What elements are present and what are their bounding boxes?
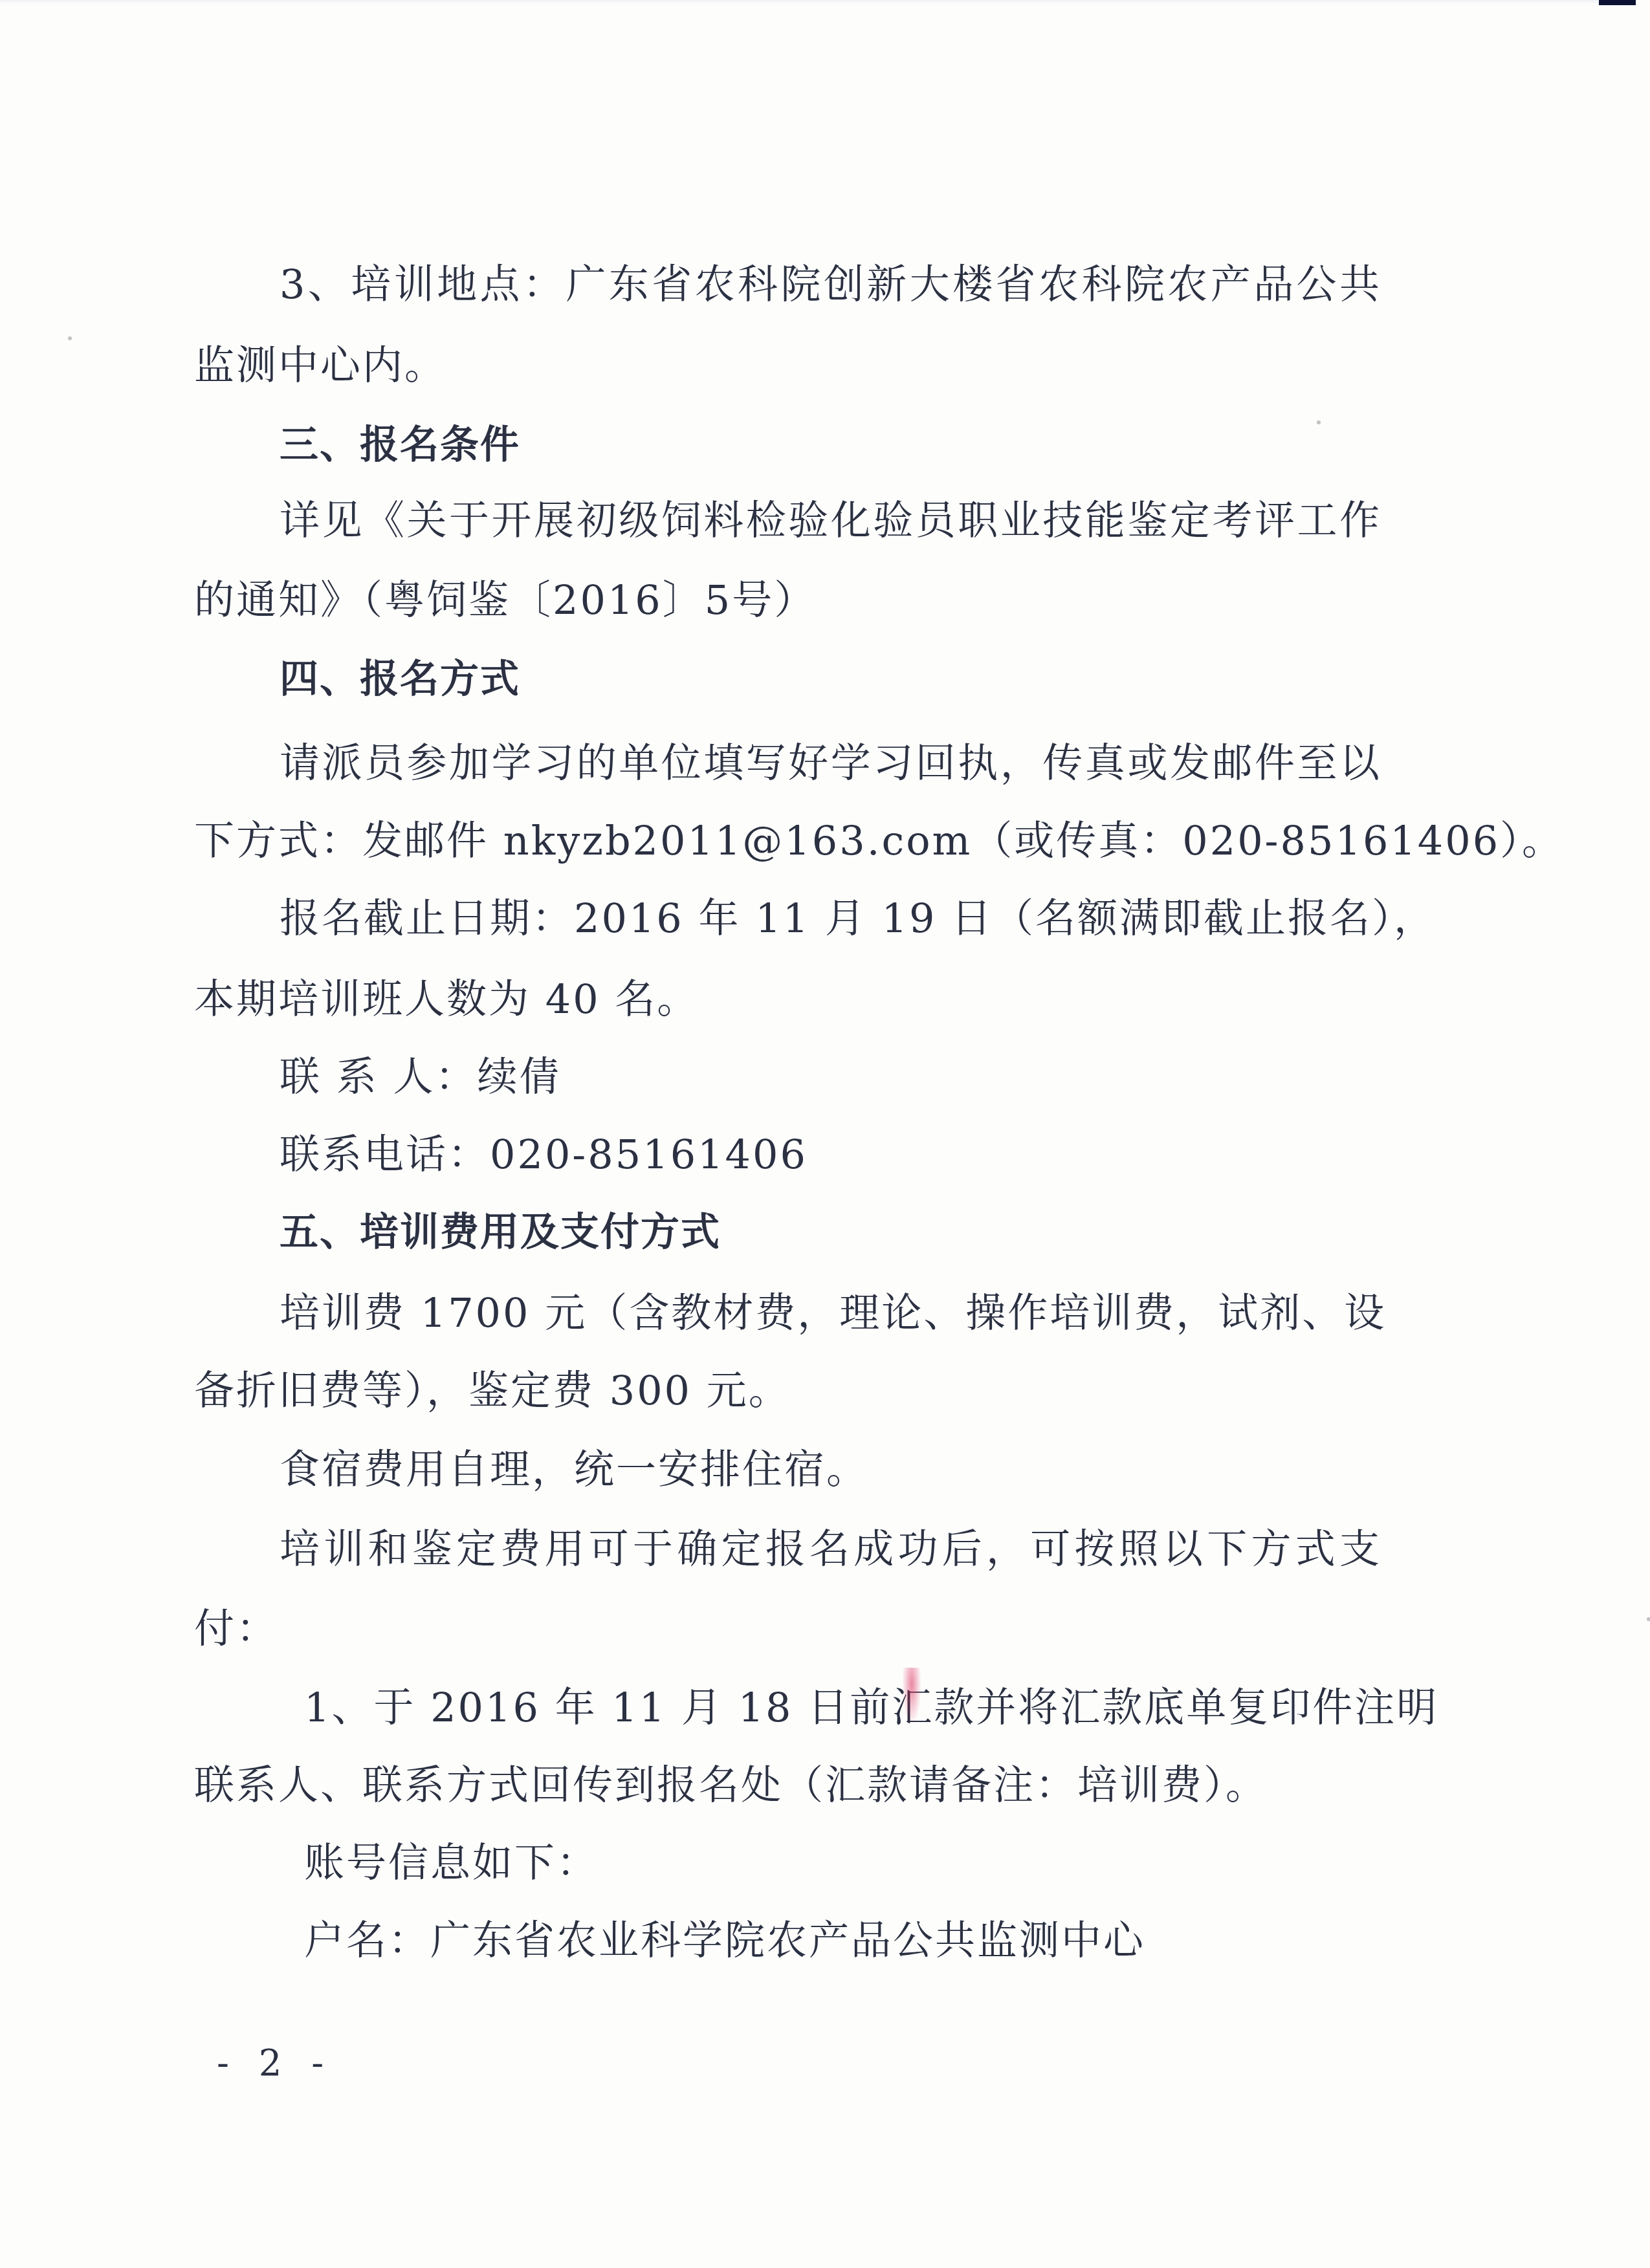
method-email-fax: 下方式：发邮件 nkyzb2011@163.com（或传真：020-851614… <box>194 815 1381 867</box>
payment-item-1-cont: 联系人、联系方式回传到报名处（汇款请备注：培训费）。 <box>194 1760 1381 1811</box>
capacity-line: 本期培训班人数为 40 名。 <box>194 974 1381 1025</box>
payment-item-1: 1、于 2016 年 11 月 18 日前汇款并将汇款底单复印件注明 <box>304 1682 1381 1734</box>
fee-cont: 备折旧费等），鉴定费 300 元。 <box>194 1365 1381 1417</box>
payment-intro-cont: 付： <box>194 1603 1381 1655</box>
contact-person: 联 系 人：续倩 <box>280 1051 1381 1103</box>
accommodation-line: 食宿费用自理，统一安排住宿。 <box>280 1444 1381 1496</box>
conditions-line: 详见《关于开展初级饲料检验化验员职业技能鉴定考评工作 <box>280 495 1381 547</box>
deadline-line: 报名截止日期：2016 年 11 月 19 日（名额满即截止报名）， <box>280 893 1381 944</box>
section-heading-registration-method: 四、报名方式 <box>280 653 1381 705</box>
scan-speck <box>68 336 72 340</box>
fee-line: 培训费 1700 元（含教材费，理论、操作培训费，试剂、设 <box>280 1287 1381 1339</box>
contact-phone: 联系电话：020-85161406 <box>280 1129 1381 1181</box>
payment-intro-line: 培训和鉴定费用可于确定报名成功后，可按照以下方式支 <box>280 1523 1381 1575</box>
document-page: 3、培训地点：广东省农科院创新大楼省农科院农产品公共 监测中心内。 三、报名条件… <box>194 0 1381 2268</box>
training-location-line: 3、培训地点：广东省农科院创新大楼省农科院农产品公共 <box>280 259 1381 311</box>
page-number: - 2 - <box>217 2044 333 2083</box>
red-stamp-mark <box>903 1668 921 1723</box>
conditions-cont: 的通知》（粤饲鉴〔2016〕5号） <box>194 574 1381 626</box>
method-line: 请派员参加学习的单位填写好学习回执，传真或发邮件至以 <box>280 737 1381 789</box>
training-location-cont: 监测中心内。 <box>194 340 1381 391</box>
account-info-label: 账号信息如下： <box>304 1837 1381 1889</box>
account-name: 户名：广东省农业科学院农产品公共监测中心 <box>304 1915 1381 1967</box>
section-heading-fees-payment: 五、培训费用及支付方式 <box>280 1206 1381 1258</box>
scan-speck <box>1647 1617 1650 1621</box>
scan-speck <box>1317 420 1321 424</box>
scan-corner-mark <box>1599 0 1636 5</box>
section-heading-registration-conditions: 三、报名条件 <box>280 419 1381 471</box>
